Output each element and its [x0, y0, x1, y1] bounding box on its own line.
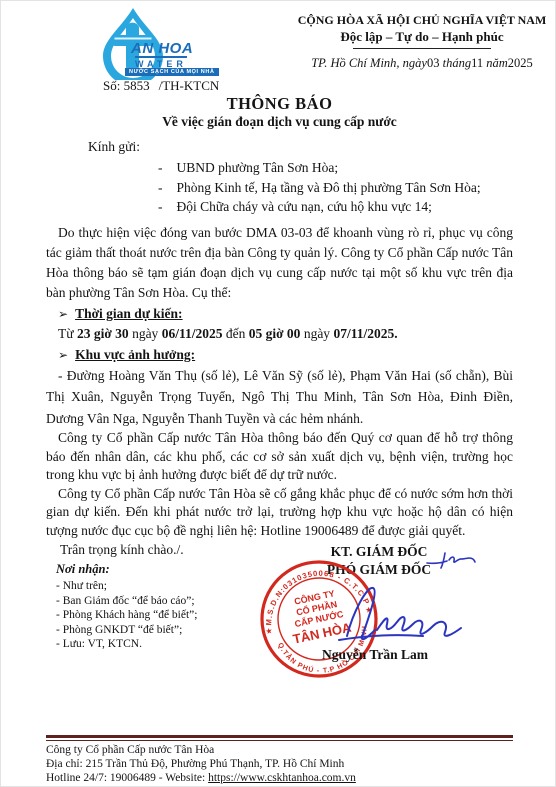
- time-text: đến: [222, 326, 248, 341]
- recipient-text: UBND phường Tân Sơn Hòa;: [177, 158, 339, 178]
- list-dash: -: [158, 158, 163, 178]
- motto-underline: [353, 48, 491, 49]
- dateline: TP. Hồ Chí Minh, ngày03 tháng11 năm2025: [296, 56, 548, 71]
- time-start: 23 giờ 30: [77, 326, 129, 341]
- noi-nhan-label: Nơi nhận:: [56, 562, 266, 577]
- footer-website-link[interactable]: https://www.cskhtanhoa.com.vn: [208, 772, 356, 784]
- arrow-bullet-icon: ➢: [58, 307, 68, 321]
- logo-company-name: AN HOA: [131, 40, 193, 57]
- list-dash: -: [158, 197, 163, 217]
- page-title: THÔNG BÁO: [46, 94, 513, 114]
- recipient-text: Phòng Kinh tế, Hạ tầng và Đô thị phường …: [177, 178, 481, 198]
- document-number: Số: 5853/TH-KTCN: [103, 78, 219, 94]
- footer-address: Địa chỉ: 215 Trần Thủ Độ, Phường Phú Thạ…: [46, 757, 526, 771]
- logo-tagline: NƯỚC SẠCH CỦA MỌI NHÀ: [125, 68, 219, 76]
- intro-paragraph: Do thực hiện việc đóng van bước DMA 03-0…: [46, 223, 513, 303]
- salutation: Kính gửi:: [88, 137, 513, 156]
- area-heading-text: Khu vực ảnh hưởng:: [75, 347, 195, 362]
- noi-nhan-item: - Như trên;: [56, 579, 266, 594]
- noi-nhan-item: - Phòng GNKDT “để biết”;: [56, 623, 266, 638]
- time-heading-text: Thời gian dự kiến:: [75, 306, 183, 321]
- recipient-text: Đội Chữa cháy và cứu nạn, cứu hộ khu vực…: [177, 197, 432, 217]
- list-item: - Đội Chữa cháy và cứu nạn, cứu hộ khu v…: [46, 197, 513, 217]
- area-section-heading: ➢Khu vực ảnh hưởng:: [58, 345, 513, 365]
- dateline-month-label: tháng: [443, 56, 471, 70]
- time-section-heading: ➢Thời gian dự kiến:: [58, 304, 513, 324]
- noi-nhan-item: - Ban Giám đốc “để báo cáo”;: [56, 594, 266, 609]
- dateline-prefix: TP. Hồ Chí Minh, ngày: [311, 56, 427, 70]
- company-logo: AN HOA WATER NƯỚC SẠCH CỦA MỌI NHÀ: [99, 6, 229, 78]
- page-subtitle: Về việc gián đoạn dịch vụ cung cấp nước: [46, 114, 513, 130]
- footer-company: Công ty Cổ phần Cấp nước Tân Hòa: [46, 743, 526, 757]
- noi-nhan-item: - Lưu: VT, KTCN.: [56, 637, 266, 652]
- time-text: Từ: [58, 326, 77, 341]
- time-line: Từ 23 giờ 30 ngày 06/11/2025 đến 05 giờ …: [58, 324, 513, 344]
- document-number-suffix: /TH-KTCN: [159, 78, 220, 93]
- affected-streets-paragraph: - Đường Hoàng Văn Thụ (số lẻ), Lê Văn Sỹ…: [46, 365, 513, 430]
- date-end: 07/11/2025.: [333, 326, 397, 341]
- footer: Công ty Cổ phần Cấp nước Tân Hòa Địa chỉ…: [46, 743, 526, 785]
- document-body: THÔNG BÁO Về việc gián đoạn dịch vụ cung…: [46, 94, 513, 559]
- support-paragraph: Công ty Cổ phần Cấp nước Tân Hòa thông b…: [46, 429, 513, 485]
- document-page: AN HOA WATER NƯỚC SẠCH CỦA MỌI NHÀ Số: 5…: [0, 0, 556, 787]
- hotline-paragraph: Công ty Cổ phần Cấp nước Tân Hòa sẽ cố g…: [46, 485, 513, 541]
- footer-hotline-label: Hotline 24/7: 19006489 - Website:: [46, 772, 208, 784]
- dateline-day: 03: [427, 56, 440, 70]
- list-item: - Phòng Kinh tế, Hạ tầng và Đô thị phườn…: [46, 178, 513, 198]
- list-dash: -: [158, 178, 163, 198]
- date-start: 06/11/2025: [162, 326, 223, 341]
- national-motto: Độc lập – Tự do – Hạnh phúc: [296, 29, 548, 45]
- dateline-month: 11: [471, 56, 483, 70]
- recipient-list: - UBND phường Tân Sơn Hòa; - Phòng Kinh …: [46, 158, 513, 217]
- dateline-year: 2025: [508, 56, 533, 70]
- stamp-star-icon: ★: [265, 626, 274, 636]
- noi-nhan-item: - Phòng Khách hàng “để biết”;: [56, 608, 266, 623]
- list-item: - UBND phường Tân Sơn Hòa;: [46, 158, 513, 178]
- dateline-year-label: năm: [486, 56, 508, 70]
- arrow-bullet-icon: ➢: [58, 348, 68, 362]
- time-end: 05 giờ 00: [249, 326, 301, 341]
- national-header: CỘNG HÒA XÃ HỘI CHỦ NGHĨA VIỆT NAM Độc l…: [296, 13, 548, 71]
- footer-divider: [46, 735, 513, 741]
- document-number-label: Số: 5853: [103, 78, 150, 93]
- time-text: ngày: [300, 326, 333, 341]
- signer-name: Nguyễn Trần Lam: [300, 647, 450, 663]
- time-text: ngày: [129, 326, 162, 341]
- recipients-footer-block: Nơi nhận: - Như trên; - Ban Giám đốc “để…: [56, 562, 266, 652]
- national-title: CỘNG HÒA XÃ HỘI CHỦ NGHĨA VIỆT NAM: [296, 13, 548, 28]
- footer-hotline-line: Hotline 24/7: 19006489 - Website: https:…: [46, 771, 526, 785]
- handwritten-initials: [425, 550, 477, 572]
